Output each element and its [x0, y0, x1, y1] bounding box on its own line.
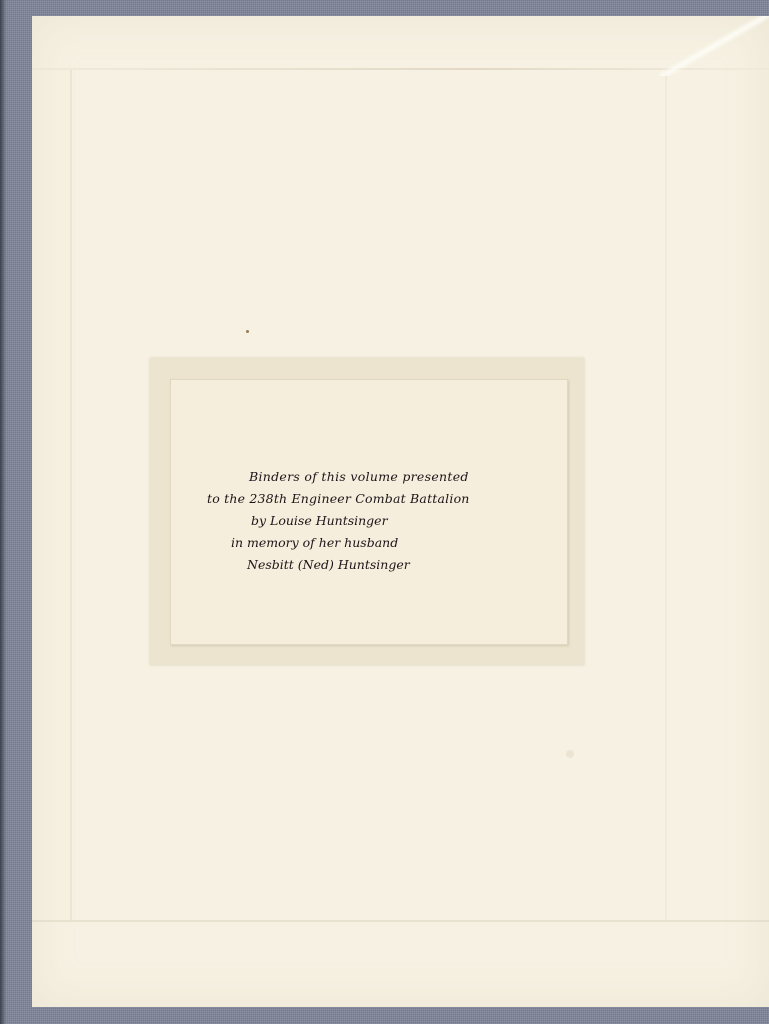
paper-stain	[566, 750, 574, 758]
bookplate-mat: Binders of this volume presented to the …	[150, 358, 584, 665]
spine-shadow	[0, 0, 6, 1024]
inscription-line: Nesbitt (Ned) Huntsinger	[247, 554, 410, 576]
paper-fold-bottom	[32, 920, 769, 922]
paper-corner-crease	[659, 16, 769, 76]
inscription-line: Binders of this volume presented	[249, 466, 469, 488]
inscription-line: by Louise Huntsinger	[251, 510, 388, 532]
inscription-line: to the 238th Engineer Combat Battalion	[207, 488, 470, 510]
paper-fold-right	[665, 70, 667, 920]
paper-speck	[246, 330, 249, 333]
paper-fold-left	[70, 70, 72, 920]
inscription-line: in memory of her husband	[231, 532, 398, 554]
bookplate-card: Binders of this volume presented to the …	[170, 379, 568, 645]
